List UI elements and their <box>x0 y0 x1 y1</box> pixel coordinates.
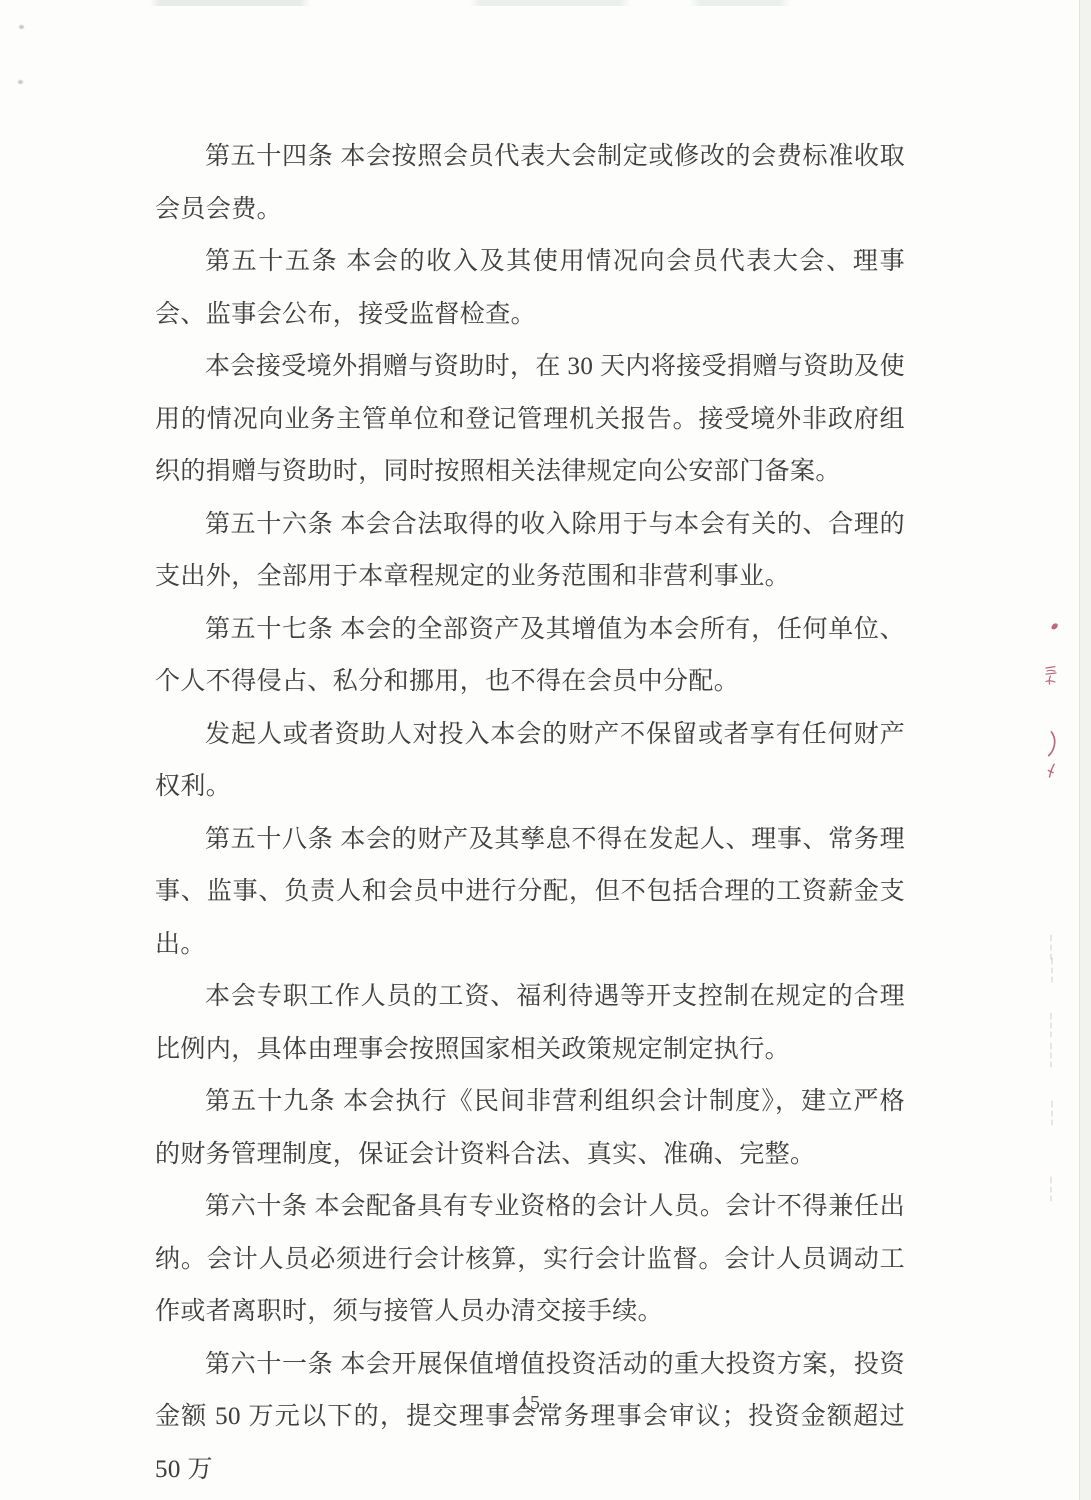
red-annotation-vdash-icon <box>1050 1100 1054 1126</box>
paragraph: 第五十九条 本会执行《民间非营利组织会计制度》，建立严格的财务管理制度，保证会计… <box>155 1076 905 1181</box>
red-annotation-curve-icon <box>1047 731 1057 757</box>
paragraph: 本会接受境外捐赠与资助时，在 30 天内将接受捐赠与资助及使用的情况向业务主管单… <box>155 341 905 499</box>
paragraph: 第五十八条 本会的财产及其孳息不得在发起人、理事、常务理事、监事、负责人和会员中… <box>155 814 905 972</box>
paragraph: 第五十五条 本会的收入及其使用情况向会员代表大会、理事会、监事会公布，接受监督检… <box>155 236 905 341</box>
document-body: 第五十四条 本会按照会员代表大会制定或修改的会费标准收取会员会费。第五十五条 本… <box>155 131 905 1496</box>
paragraph: 本会专职工作人员的工资、福利待遇等开支控制在规定的合理比例内，具体由理事会按照国… <box>155 971 905 1076</box>
scanned-page: 第五十四条 本会按照会员代表大会制定或修改的会费标准收取会员会费。第五十五条 本… <box>0 0 1091 1500</box>
scan-top-edge-artifact <box>0 0 1091 6</box>
page-number: 15 <box>155 1392 905 1415</box>
red-annotation-vdash-icon <box>1049 1042 1053 1068</box>
paragraph: 第五十七条 本会的全部资产及其增值为本会所有，任何单位、个人不得侵占、私分和挪用… <box>155 604 905 709</box>
red-annotation-scribble-icon <box>1044 665 1058 690</box>
scan-right-edge <box>1079 0 1091 1500</box>
paragraph: 发起人或者资助人对投入本会的财产不保留或者享有任何财产权利。 <box>155 709 905 814</box>
red-annotation-tick-icon <box>1047 763 1056 779</box>
red-annotation-vdash-icon <box>1050 957 1054 983</box>
paragraph: 第六十条 本会配备具有专业资格的会计人员。会计不得兼任出纳。会计人员必须进行会计… <box>155 1181 905 1339</box>
red-annotation-vdash-icon <box>1049 1012 1053 1038</box>
red-annotation-blob-icon <box>1050 621 1059 633</box>
scan-speck <box>18 80 23 84</box>
red-annotation-vdash-icon <box>1049 1176 1053 1202</box>
paragraph: 第六十一条 本会开展保值增值投资活动的重大投资方案，投资金额 50 万元以下的，… <box>155 1339 905 1497</box>
scan-speck <box>19 25 24 29</box>
paragraph: 第五十四条 本会按照会员代表大会制定或修改的会费标准收取会员会费。 <box>155 131 905 236</box>
paragraph: 第五十六条 本会合法取得的收入除用于与本会有关的、合理的支出外，全部用于本章程规… <box>155 499 905 604</box>
